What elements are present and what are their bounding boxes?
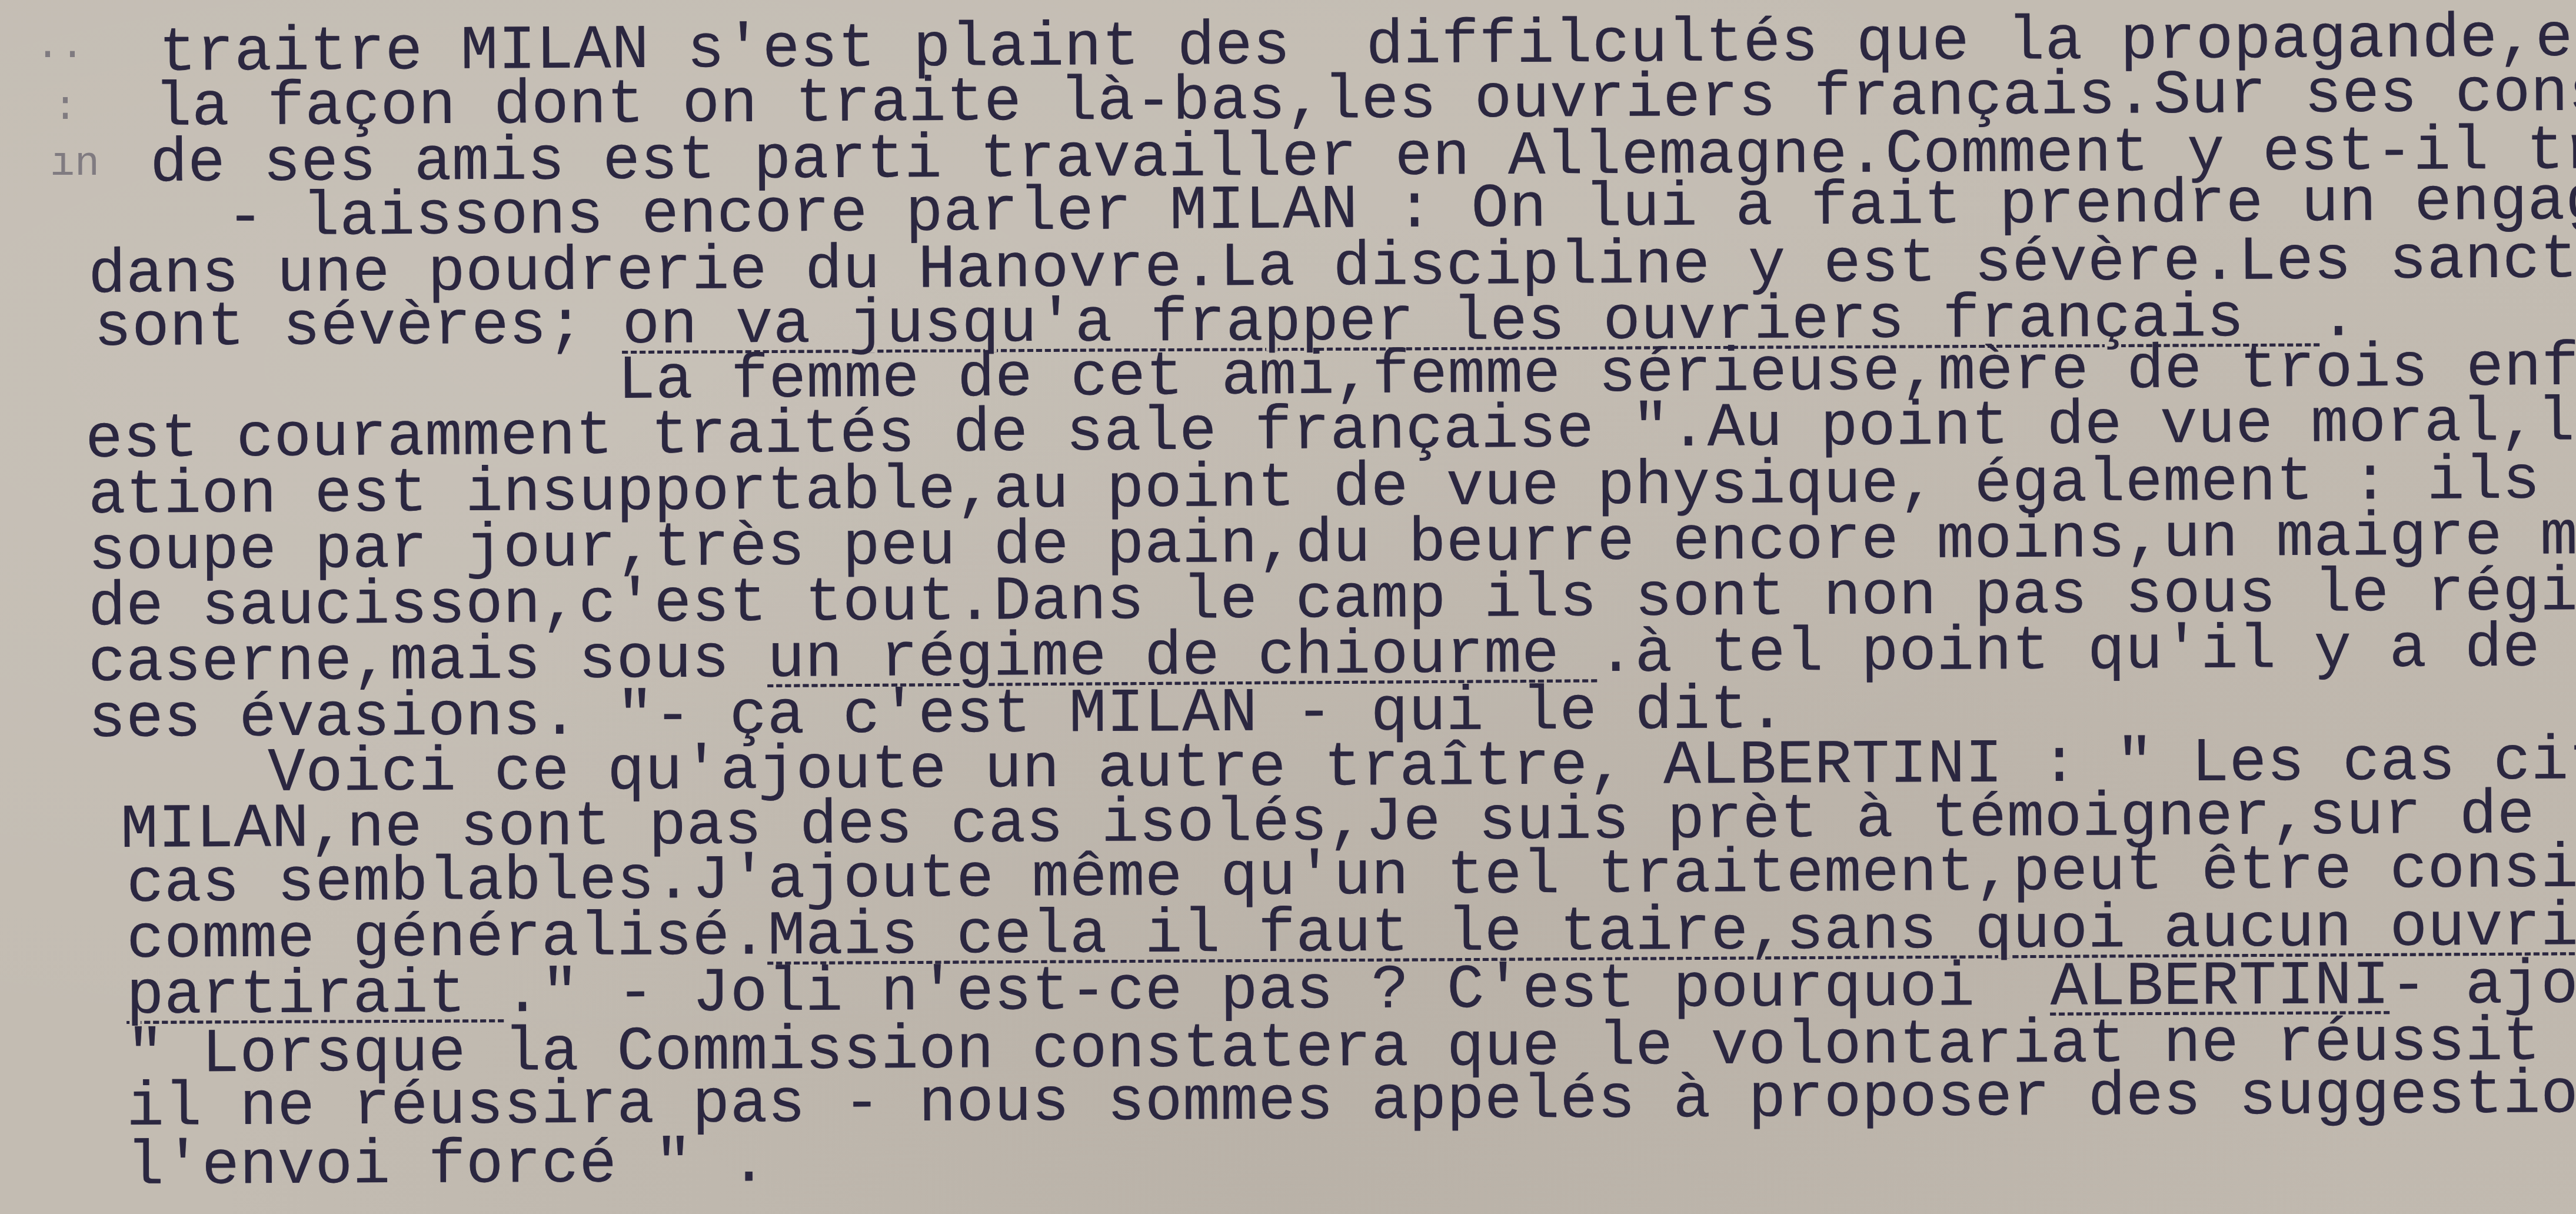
margin-mark: ın	[50, 141, 99, 188]
text-line: l'envoi forcé " .	[127, 1133, 768, 1198]
typewritten-page: traitre MILAN s'est plaint des diffilcul…	[0, 0, 2576, 1214]
text-segment: sont sévères;	[94, 291, 623, 364]
text-line: il ne réussira pas - nous sommes appelés…	[127, 1063, 2576, 1139]
text-segment: l'envoi forcé " .	[127, 1129, 768, 1202]
margin-mark: :	[53, 85, 78, 132]
margin-mark: ..	[35, 24, 85, 70]
